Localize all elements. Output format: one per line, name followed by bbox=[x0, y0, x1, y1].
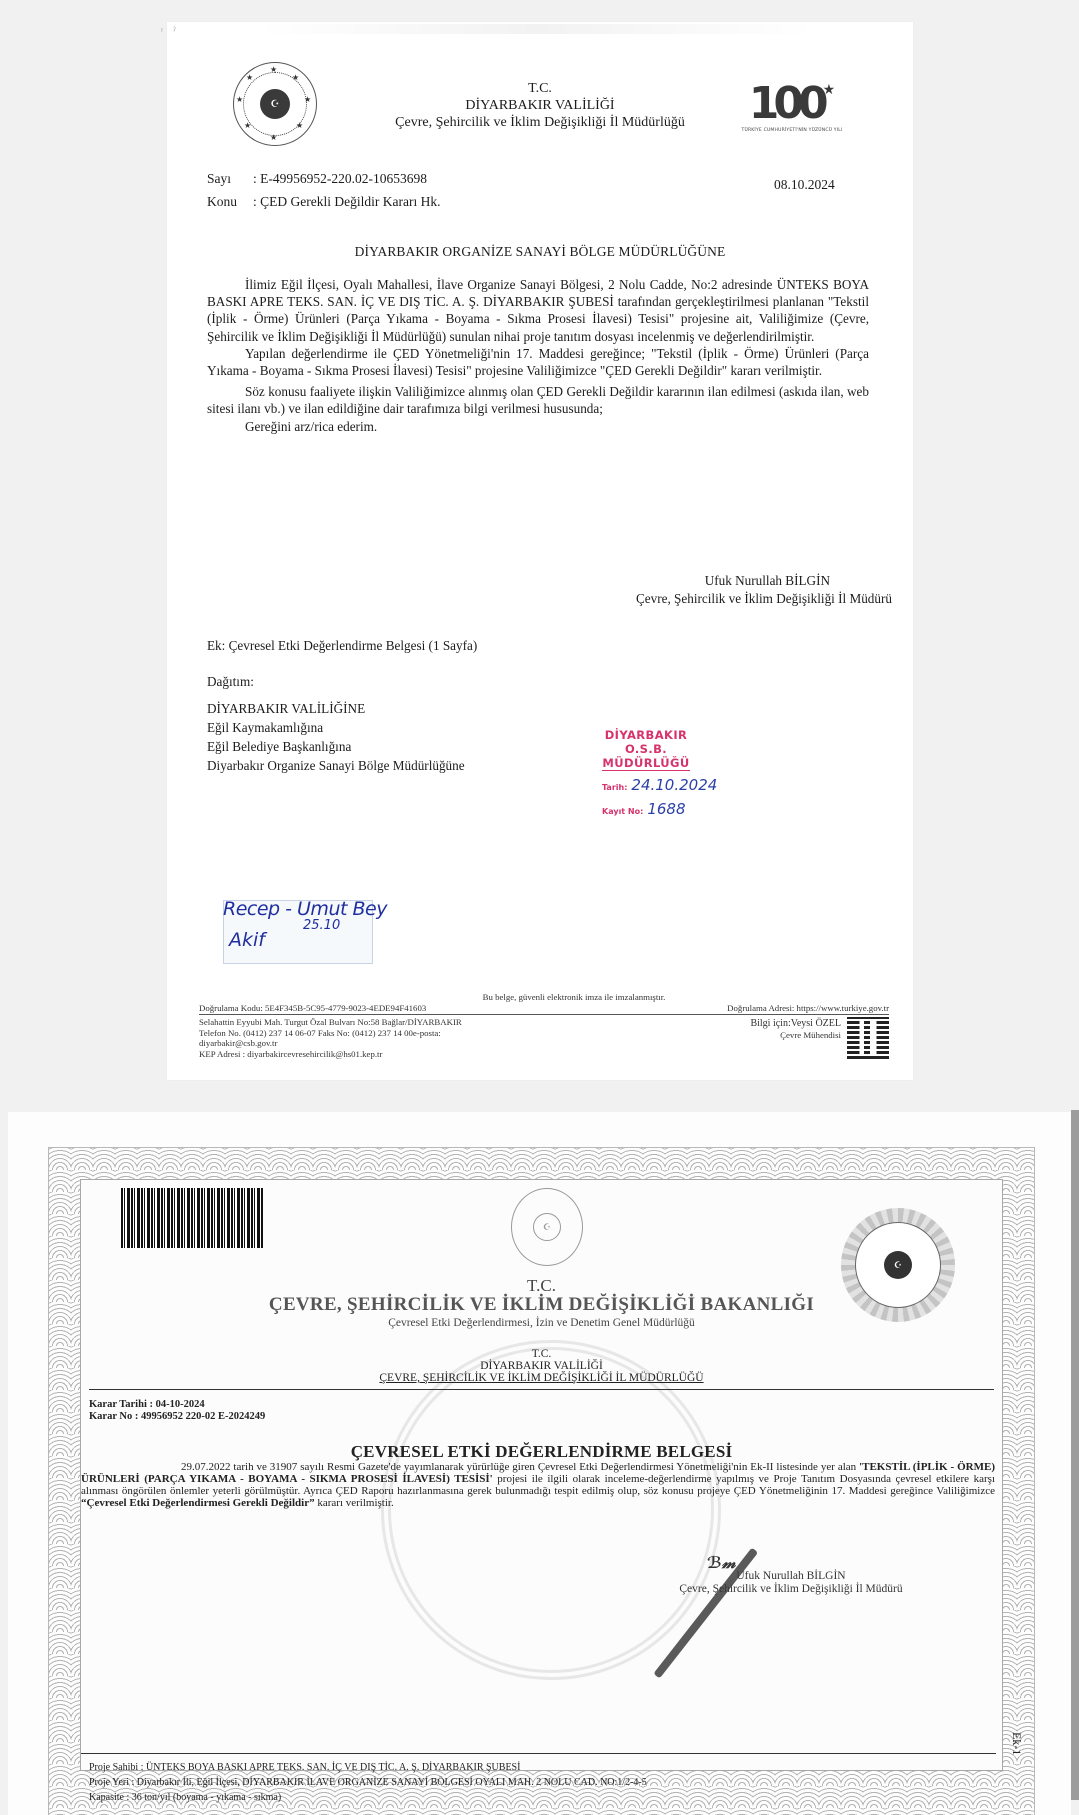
stamp-record-value: 1688 bbox=[647, 800, 685, 818]
cert-ministry: ÇEVRE, ŞEHİRCİLİK VE İKLİM DEĞİŞİKLİĞİ B… bbox=[81, 1294, 1002, 1316]
signer-name: Ufuk Nurullah BİLGİN bbox=[497, 572, 892, 590]
info-role: Çevre Mühendisi bbox=[750, 1030, 841, 1041]
scan-artifact bbox=[257, 24, 817, 34]
barcode-icon bbox=[121, 1188, 263, 1248]
paragraph: Gereğini arz/rica ederim. bbox=[207, 418, 869, 435]
cert-directorate: ÇEVRE, ŞEHİRCİLİK VE İKLİM DEĞİŞİKLİĞİ İ… bbox=[81, 1372, 1002, 1384]
verify-address[interactable]: Doğrulama Adresi: https://www.turkiye.go… bbox=[727, 1003, 889, 1014]
divider bbox=[89, 1389, 994, 1390]
stamp-date-label: Tarih: bbox=[602, 783, 627, 792]
cert-tc: T.C. bbox=[81, 1276, 1002, 1296]
project-location: Proje Yeri : Diyarbakır İli, Eğil İlçesi… bbox=[89, 1775, 647, 1790]
letter-date: 08.10.2024 bbox=[774, 177, 835, 193]
scan-mark: ʳ ˀ bbox=[161, 26, 176, 37]
centennial-logo-icon: 100★ TÜRKİYE CUMHURİYETİ'NİN YÜZÜNCÜ YIL… bbox=[737, 82, 847, 142]
phone-line: Telefon No. (0412) 237 14 06-07 Faks No:… bbox=[199, 1028, 462, 1039]
address-line: Selahattin Eyyubi Mah. Turgut Özal Bulva… bbox=[199, 1017, 462, 1028]
info-contact: Bilgi için:Veysi ÖZEL bbox=[750, 1019, 841, 1030]
distribution-item: DİYARBAKIR VALİLİĞİNE bbox=[207, 699, 465, 718]
esign-note: Bu belge, güvenli elektronik imza ile im… bbox=[199, 992, 889, 1003]
certificate-title: ÇEVRESEL ETKİ DEĞERLENDİRME BELGESİ bbox=[81, 1442, 1002, 1462]
distribution: Dağıtım: DİYARBAKIR VALİLİĞİNE Eğil Kaym… bbox=[207, 672, 465, 775]
paragraph: İlimiz Eğil İlçesi, Oyalı Mahallesi, İla… bbox=[207, 276, 869, 345]
cert-signer-title: Çevre, Şehircilik ve İklim Değişikliği İ… bbox=[641, 1583, 941, 1596]
attachment-line: Ek: Çevresel Etki Değerlendirme Belgesi … bbox=[207, 638, 477, 654]
email-line[interactable]: diyarbakir@csb.gov.tr bbox=[199, 1038, 462, 1049]
cert-text-part: kararı verilmiştir. bbox=[315, 1497, 394, 1509]
sayi-value: : E-49956952-220.02-10653698 bbox=[253, 171, 427, 186]
stamp-date-value: 24.10.2024 bbox=[631, 776, 717, 794]
decision-info: Karar Tarihi : 04-10-2024 Karar No : 499… bbox=[89, 1399, 265, 1423]
stamp-line1: DİYARBAKIR bbox=[602, 728, 690, 742]
project-details: Proje Sahibi : ÜNTEKS BOYA BASKI APRE TE… bbox=[89, 1760, 647, 1805]
centennial-caption: TÜRKİYE CUMHURİYETİ'NİN YÜZÜNCÜ YILI bbox=[737, 128, 847, 133]
certificate-body: ☪ ☪ T.C. ÇEVRE, ŞEHİRCİLİK VE İKLİM DEĞİ… bbox=[80, 1179, 1003, 1771]
watermark-seal-icon bbox=[381, 1340, 721, 1680]
cert-issuer: T.C. DİYARBAKIR VALİLİĞİ ÇEVRE, ŞEHİRCİL… bbox=[81, 1348, 1002, 1384]
cert-text-part: 29.07.2022 tarih ve 31907 sayılı Resmi G… bbox=[181, 1461, 859, 1473]
letter-body: İlimiz Eğil İlçesi, Oyalı Mahallesi, İla… bbox=[207, 276, 869, 435]
ministry-seal-icon: ☪ bbox=[511, 1188, 583, 1266]
qr-code-icon[interactable] bbox=[847, 1017, 889, 1059]
osb-received-stamp: DİYARBAKIR O.S.B. MÜDÜRLÜĞÜ Tarih:24.10.… bbox=[602, 728, 742, 818]
signature-scribble-icon: ℬ𝓂 bbox=[707, 1556, 735, 1569]
kep-address[interactable]: KEP Adresi : diyarbakircevresehircilik@h… bbox=[199, 1049, 462, 1060]
konu-row: Konu: ÇED Gerekli Değildir Kararı Hk. bbox=[207, 194, 440, 210]
divider bbox=[81, 1753, 996, 1754]
handwritten-note: Recep - Umut Bey 25.10 Akif bbox=[223, 898, 398, 951]
project-capacity: Kapasite : 36 ton/yıl (boyama - yıkama -… bbox=[89, 1790, 647, 1805]
verify-code: Doğrulama Kodu: 5E4F345B-5C95-4779-9023-… bbox=[199, 1003, 426, 1014]
konu-label: Konu bbox=[207, 194, 253, 210]
distribution-item: Eğil Kaymakamlığına bbox=[207, 718, 465, 737]
stamp-record-label: Kayıt No: bbox=[602, 807, 643, 816]
project-owner: Proje Sahibi : ÜNTEKS BOYA BASKI APRE TE… bbox=[89, 1760, 647, 1775]
decision-no: Karar No : 49956952 220-02 E-2024249 bbox=[89, 1411, 265, 1423]
cert-governorship: DİYARBAKIR VALİLİĞİ bbox=[81, 1360, 1002, 1372]
decision-date: Karar Tarihi : 04-10-2024 bbox=[89, 1399, 265, 1411]
cert-general-directorate: Çevresel Etki Değerlendirmesi, İzin ve D… bbox=[81, 1317, 1002, 1329]
stamp-line3: MÜDÜRLÜĞÜ bbox=[602, 756, 689, 771]
konu-value: : ÇED Gerekli Değildir Kararı Hk. bbox=[253, 194, 440, 209]
paragraph: Söz konusu faaliyete ilişkin Valiliğimiz… bbox=[207, 383, 869, 417]
distribution-label: Dağıtım: bbox=[207, 672, 465, 691]
official-letter-page: ʳ ˀ ★★★ ★★★ ★★ ☪ T.C. DİYARBAKIR VALİLİĞ… bbox=[167, 22, 913, 1080]
certificate-page: ☪ ☪ T.C. ÇEVRE, ŞEHİRCİLİK VE İKLİM DEĞİ… bbox=[8, 1112, 1071, 1815]
annex-label: Ek-1 bbox=[1009, 1732, 1024, 1755]
cert-signer-name: Ufuk Nurullah BİLGİN bbox=[641, 1570, 941, 1583]
sayi-label: Sayı bbox=[207, 171, 253, 187]
scan-edge bbox=[1071, 1110, 1079, 1800]
paragraph: Yapılan değerlendirme ile ÇED Yönetmeliğ… bbox=[207, 345, 869, 379]
signer-title: Çevre, Şehircilik ve İklim Değişikliği İ… bbox=[497, 590, 892, 608]
cert-signature: ℬ𝓂 Ufuk Nurullah BİLGİN Çevre, Şehircili… bbox=[641, 1570, 941, 1596]
certificate-text: 29.07.2022 tarih ve 31907 sayılı Resmi G… bbox=[81, 1461, 995, 1509]
letter-footer: Bu belge, güvenli elektronik imza ile im… bbox=[199, 992, 889, 1059]
distribution-item: Diyarbakır Organize Sanayi Bölge Müdürlü… bbox=[207, 756, 465, 775]
note-line1: Recep - Umut Bey bbox=[223, 898, 398, 920]
cert-tc2: T.C. bbox=[81, 1348, 1002, 1360]
distribution-item: Eğil Belediye Başkanlığına bbox=[207, 737, 465, 756]
sayi-row: Sayı: E-49956952-220.02-10653698 bbox=[207, 171, 427, 187]
signature-block: Ufuk Nurullah BİLGİN Çevre, Şehircilik v… bbox=[497, 572, 892, 608]
cert-decision: “Çevresel Etki Değerlendirmesi Gerekli D… bbox=[81, 1497, 315, 1509]
addressee: DİYARBAKIR ORGANİZE SANAYİ BÖLGE MÜDÜRLÜ… bbox=[167, 244, 913, 260]
stamp-line2: O.S.B. bbox=[602, 742, 690, 756]
